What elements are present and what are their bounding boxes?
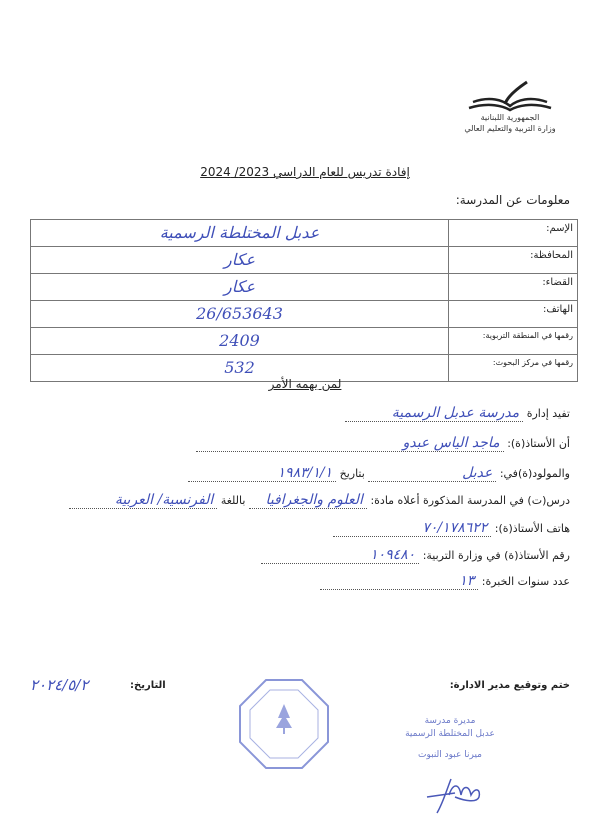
region-number-label: رقمها في المنطقة التربوية:: [449, 328, 578, 355]
teacher-phone-line: هاتف الأستاذ(ة): ٧٠/١٧٨٦٢٢: [333, 520, 570, 537]
taught-label: درس(ت) في المدرسة المذكورة أعلاه مادة:: [370, 494, 570, 507]
principal-stamp-text: مديرة مدرسة عدبل المختلطة الرسمية ميرنا …: [395, 715, 505, 762]
table-row: رقمها في المنطقة التربوية: 2409: [31, 328, 578, 355]
birth-date-value: ١٩٨٣/١/١: [278, 465, 333, 481]
teacher-phone-value: ٧٠/١٧٨٦٢٢: [422, 520, 487, 536]
ministry-number-line: رقم الأستاذ(ة) في وزارة التربية: ١٠٩٤٨٠: [261, 547, 570, 564]
signature-label: ختم وتوقيع مدير الادارة:: [450, 680, 570, 691]
born-in-value: عدبل: [462, 465, 492, 481]
date-value: ٢٠٢٤/٥/٢: [30, 676, 88, 694]
region-number-value: 2409: [31, 328, 449, 355]
name-value: عدبل المختلطة الرسمية: [31, 220, 449, 247]
experience-label: عدد سنوات الخبرة:: [482, 575, 570, 588]
stamp-line-2: عدبل المختلطة الرسمية: [395, 728, 505, 741]
teacher-label: أن الأستاذ(ة):: [507, 437, 570, 450]
ministry-number-value: ١٠٩٤٨٠: [370, 547, 415, 563]
born-in-label: والمولود(ة)في:: [500, 467, 570, 480]
table-row: القضاء: عكار: [31, 274, 578, 301]
name-label: الإسم:: [449, 220, 578, 247]
official-stamp-icon: [238, 678, 330, 770]
logo-line-2: وزارة التربية والتعليم العالي: [440, 123, 580, 134]
ministry-number-label: رقم الأستاذ(ة) في وزارة التربية:: [423, 549, 570, 562]
phone-label: الهاتف:: [449, 301, 578, 328]
teacher-value: ماجد الياس عبدو: [403, 435, 500, 451]
teacher-phone-label: هاتف الأستاذ(ة):: [495, 522, 570, 535]
table-row: المحافظة: عكار: [31, 247, 578, 274]
district-value: عكار: [31, 274, 449, 301]
experience-line: عدد سنوات الخبرة: ١٣: [320, 573, 570, 590]
book-logo-icon: [465, 80, 555, 112]
governorate-label: المحافظة:: [449, 247, 578, 274]
subject-value: العلوم والجغرافيا: [266, 492, 363, 508]
governorate-value: عكار: [31, 247, 449, 274]
research-center-number-label: رقمها في مركز البحوث:: [449, 355, 578, 382]
stamp-line-3: ميرنا عبود النبوت: [395, 749, 505, 762]
birth-date-label: بتاريخ: [340, 467, 365, 480]
table-row: الهاتف: 26/653643: [31, 301, 578, 328]
school-info-table: الإسم: عدبل المختلطة الرسمية المحافظة: ع…: [30, 219, 578, 382]
stamp-line-1: مديرة مدرسة: [395, 715, 505, 728]
phone-value: 26/653643: [31, 301, 449, 328]
language-label: باللغة: [221, 494, 246, 507]
district-label: القضاء:: [449, 274, 578, 301]
school-info-heading: معلومات عن المدرسة:: [456, 193, 570, 207]
administration-label: تفيد إدارة: [527, 407, 570, 420]
signature-icon: [425, 775, 485, 815]
administration-line: تفيد إدارة مدرسة عدبل الرسمية: [345, 405, 570, 422]
ministry-logo: الجمهورية اللبنانية وزارة التربية والتعل…: [440, 80, 580, 134]
language-value: الفرنسية/ العربية: [115, 492, 214, 508]
to-whom-it-may-concern: لمن يهمه الأمر: [230, 377, 380, 391]
document-title: إفادة تدريس للعام الدراسي 2023/ 2024: [180, 165, 430, 179]
experience-value: ١٣: [459, 573, 474, 589]
date-label: التاريخ:: [130, 680, 166, 691]
birth-line: والمولود(ة)في: عدبل بتاريخ ١٩٨٣/١/١: [188, 465, 570, 482]
teacher-line: أن الأستاذ(ة): ماجد الياس عبدو: [196, 435, 570, 452]
administration-value: مدرسة عدبل الرسمية: [392, 405, 519, 421]
subject-line: درس(ت) في المدرسة المذكورة أعلاه مادة: ا…: [69, 492, 570, 509]
logo-line-1: الجمهورية اللبنانية: [440, 112, 580, 123]
table-row: الإسم: عدبل المختلطة الرسمية: [31, 220, 578, 247]
